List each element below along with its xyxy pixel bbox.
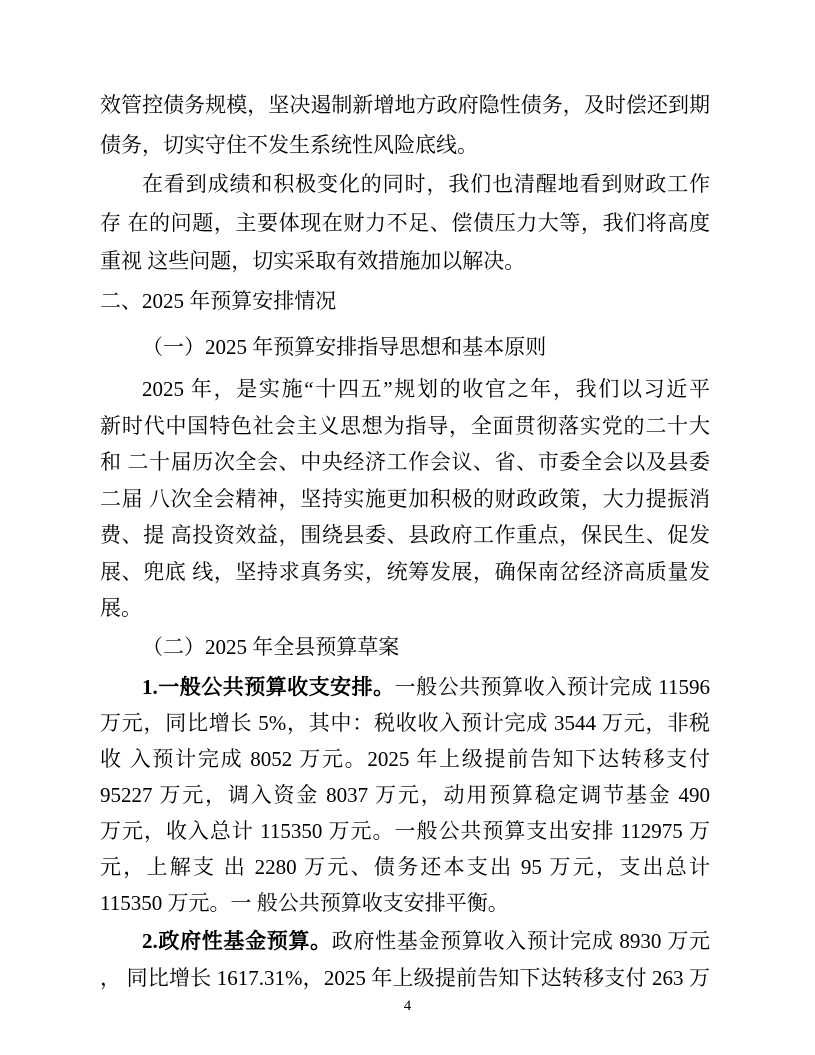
text-line: 万元，同比增长 5%，其中：税收收入预计完成 3544 万元，非税 <box>100 705 710 741</box>
section-heading: 二、2025 年预算安排情况 <box>100 281 710 321</box>
paragraph: 2025 年，是实施“十四五”规划的收官之年，我们以习近平新时代中国特色社会主义… <box>100 371 710 627</box>
text-line: 2.政府性基金预算。政府性基金预算收入预计完成 8930 万元 <box>100 923 710 960</box>
text-line: （一）2025 年预算安排指导思想和基本原则 <box>100 327 710 367</box>
bold-lead: 1.一般公共预算收支安排。 <box>142 675 395 699</box>
text-line: 新时代中国特色社会主义思想为指导，全面贯彻落实党的二十大 <box>100 408 710 445</box>
text-line: （二）2025 年全县预算草案 <box>100 627 710 667</box>
text-line: 1.一般公共预算收支安排。一般公共预算收入预计完成 11596 <box>100 669 710 705</box>
text-line: 效管控债务规模，坚决遏制新增地方政府隐性债务，及时偿还到期 <box>100 85 710 125</box>
text-line: 元，上解支 出 2280 万元、债务还本支出 95 万元，支出总计 <box>100 849 710 885</box>
text-line: 收 入预计完成 8052 万元。2025 年上级提前告知下达转移支付 <box>100 741 710 777</box>
text-line: ， 同比增长 1617.31%，2025 年上级提前告知下达转移支付 263 万 <box>100 960 710 997</box>
text-line: 存 在的问题，主要体现在财力不足、偿债压力大等，我们将高度 <box>100 204 710 243</box>
bold-lead: 2.政府性基金预算。 <box>142 929 332 953</box>
section-heading: （一）2025 年预算安排指导思想和基本原则 <box>100 327 710 367</box>
text-line: 债务，切实守住不发生系统性风险底线。 <box>100 125 710 165</box>
text-line: 和 二十届历次全会、中央经济工作会议、省、市委全会以及县委 <box>100 444 710 481</box>
document-page: 效管控债务规模，坚决遏制新增地方政府隐性债务，及时偿还到期债务，切实守住不发生系… <box>0 0 815 1055</box>
text-line: 95227 万元，调入资金 8037 万元，动用预算稳定调节基金 490 <box>100 777 710 813</box>
text-line: 重视 这些问题，切实采取有效措施加以解决。 <box>100 242 710 281</box>
text-line: 二、2025 年预算安排情况 <box>100 281 710 321</box>
page-number: 4 <box>0 995 815 1017</box>
text-line: 费、提 高投资效益，围绕县委、县政府工作重点，保民生、促发 <box>100 517 710 554</box>
paragraph: 效管控债务规模，坚决遏制新增地方政府隐性债务，及时偿还到期债务，切实守住不发生系… <box>100 85 710 165</box>
paragraph: 在看到成绩和积极变化的同时，我们也清醒地看到财政工作存 在的问题，主要体现在财力… <box>100 165 710 281</box>
text-line: 展、兜底 线，坚持求真务实，统筹发展，确保南岔经济高质量发 <box>100 554 710 591</box>
section-heading: （二）2025 年全县预算草案 <box>100 627 710 667</box>
text-line: 2025 年，是实施“十四五”规划的收官之年，我们以习近平 <box>100 371 710 408</box>
paragraph: 2.政府性基金预算。政府性基金预算收入预计完成 8930 万元， 同比增长 16… <box>100 923 710 996</box>
document-body: 效管控债务规模，坚决遏制新增地方政府隐性债务，及时偿还到期债务，切实守住不发生系… <box>100 85 710 996</box>
text-line: 在看到成绩和积极变化的同时，我们也清醒地看到财政工作 <box>100 165 710 204</box>
text-line: 115350 万元。一 般公共预算收支安排平衡。 <box>100 885 710 921</box>
text-line: 二届 八次全会精神，坚持实施更加积极的财政政策，大力提振消 <box>100 481 710 518</box>
paragraph: 1.一般公共预算收支安排。一般公共预算收入预计完成 11596万元，同比增长 5… <box>100 669 710 921</box>
text-line: 万元，收入总计 115350 万元。一般公共预算支出安排 112975 万 <box>100 813 710 849</box>
text-line: 展。 <box>100 590 710 627</box>
